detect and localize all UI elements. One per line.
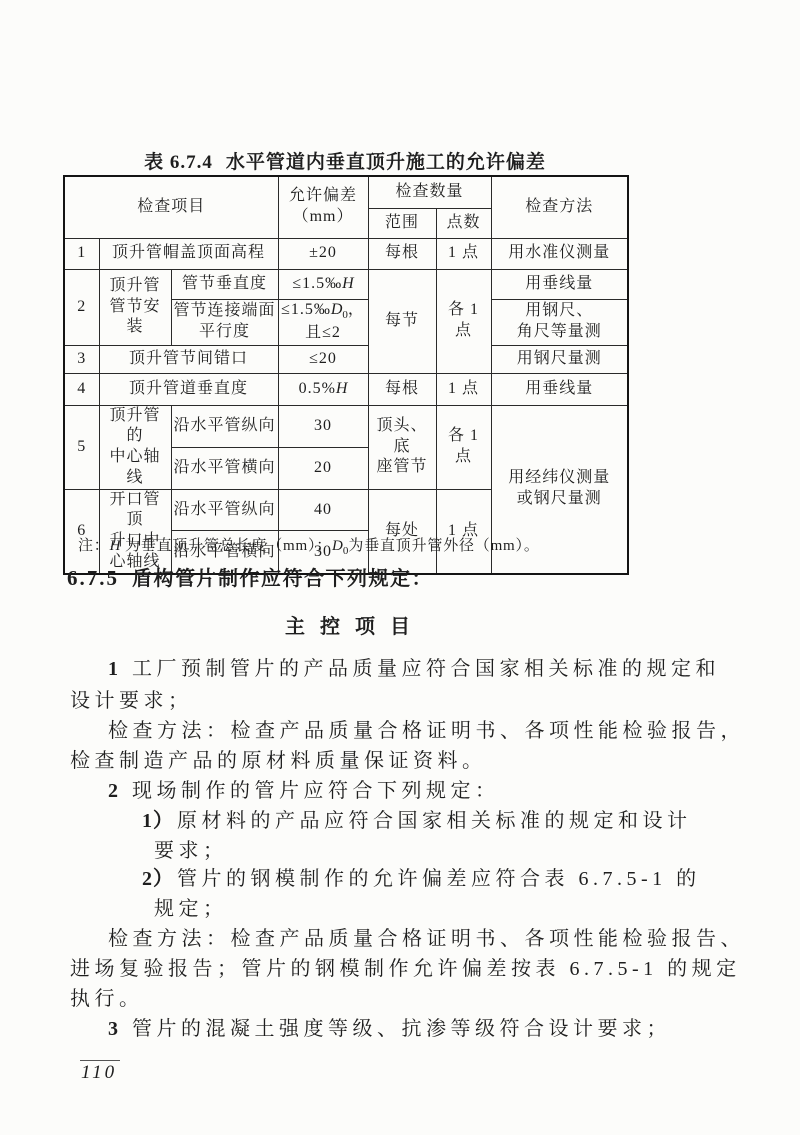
- header-item: 检查项目: [64, 176, 278, 238]
- cell-r5-no: 5: [64, 405, 99, 489]
- section-number: 6.7.5: [67, 566, 119, 590]
- table-caption-title: 水平管道内垂直顶升施工的允许偏差: [226, 152, 546, 173]
- item-number: 1: [108, 658, 119, 680]
- cell-r2-points: 各 1 点: [436, 269, 491, 373]
- body-line: 进场复验报告；管片的钢模制作允许偏差按表 6.7.5-1 的规定: [70, 956, 741, 982]
- body-line: 2）管片的钢模制作的允许偏差应符合表 6.7.5-1 的: [142, 866, 701, 892]
- cell-r2a-method: 用垂线量: [491, 269, 628, 299]
- cell-r5a-item: 沿水平管纵向: [171, 405, 278, 447]
- cell-r5a-dev: 30: [278, 405, 368, 447]
- cell-r4-range: 每根: [368, 373, 436, 405]
- cell-r4-no: 4: [64, 373, 99, 405]
- variable-H: H: [336, 380, 348, 397]
- cell-r2-no: 2: [64, 269, 99, 345]
- body-line: 要求；: [154, 838, 228, 864]
- cell-r3-dev: ≤20: [278, 345, 368, 373]
- body-line: 设计要求；: [70, 688, 193, 714]
- section-title: 盾构管片制作应符合下列规定：: [132, 568, 433, 590]
- body-line: 规定；: [154, 896, 228, 922]
- cell-r6a-dev: 40: [278, 489, 368, 531]
- cell-r1-dev: ±20: [278, 238, 368, 269]
- header-range: 范围: [368, 208, 436, 238]
- cell-r4-item: 顶升管道垂直度: [99, 373, 278, 405]
- cell-r2b-item: 管节连接端面 平行度: [171, 299, 278, 345]
- body-line: 3管片的混凝土强度等级、抗渗等级符合设计要求；: [108, 1016, 671, 1042]
- cell-r5-points: 各 1 点: [436, 405, 491, 489]
- list-marker: 1）: [142, 810, 174, 832]
- page-number: 110: [80, 1060, 120, 1084]
- cell-r3-no: 3: [64, 345, 99, 373]
- table-note: 注：H 为垂直顶升管总长度（mm）；D0为垂直顶升管外径（mm）。: [78, 534, 540, 557]
- header-quantity: 检查数量: [368, 176, 491, 208]
- cell-r1-item: 顶升管帽盖顶面高程: [99, 238, 278, 269]
- variable-H: H: [342, 275, 354, 292]
- variable-D: D: [332, 538, 343, 554]
- table-caption: 表 6.7.4水平管道内垂直顶升施工的允许偏差: [63, 147, 627, 174]
- cell-r2a-item: 管节垂直度: [171, 269, 278, 299]
- cell-r2-group: 顶升管 管节安装: [99, 269, 171, 345]
- cell-r5b-dev: 20: [278, 447, 368, 489]
- document-page: 表 6.7.4水平管道内垂直顶升施工的允许偏差 检查项目 允许偏差 （mm） 检…: [0, 0, 800, 1135]
- cell-r5-range: 顶头、底 座管节: [368, 405, 436, 489]
- cell-r1-range: 每根: [368, 238, 436, 269]
- header-tolerance: 允许偏差 （mm）: [278, 176, 368, 238]
- body-line: 检查方法：检查产品质量合格证明书、各项性能检验报告，: [108, 718, 745, 744]
- body-line: 1）原材料的产品应符合国家相关标准的规定和设计: [142, 808, 692, 834]
- cell-r3-method: 用钢尺量测: [491, 345, 628, 373]
- header-method: 检查方法: [491, 176, 628, 238]
- section-heading-675: 6.7.5盾构管片制作应符合下列规定：: [67, 562, 433, 591]
- body-line: 2现场制作的管片应符合下列规定：: [108, 778, 500, 804]
- body-line: 1工厂预制管片的产品质量应符合国家相关标准的规定和: [108, 656, 720, 682]
- cell-r2b-dev: ≤1.5‰D0，且≤2: [278, 299, 368, 345]
- body-line: 执行。: [70, 986, 144, 1012]
- cell-r3-item: 顶升管节间错口: [99, 345, 278, 373]
- variable-D: D: [331, 301, 343, 318]
- tolerance-table: 检查项目 允许偏差 （mm） 检查数量 检查方法 范围 点数 1 顶升管帽盖顶面…: [63, 175, 629, 575]
- cell-r1-method: 用水准仪测量: [491, 238, 628, 269]
- main-control-items-heading: 主 控 项 目: [0, 610, 700, 639]
- cell-r4-method: 用垂线量: [491, 373, 628, 405]
- cell-r4-points: 1 点: [436, 373, 491, 405]
- variable-H: H: [110, 538, 121, 554]
- cell-r2-range: 每节: [368, 269, 436, 373]
- item-number: 3: [108, 1018, 119, 1040]
- header-points: 点数: [436, 208, 491, 238]
- body-line: 检查制造产品的原材料质量保证资料。: [70, 748, 487, 774]
- list-marker: 2）: [142, 868, 174, 890]
- table-caption-number: 表 6.7.4: [144, 152, 213, 173]
- cell-r1-points: 1 点: [436, 238, 491, 269]
- cell-r2a-dev: ≤1.5‰H: [278, 269, 368, 299]
- cell-r6-points: 1 点: [436, 489, 491, 574]
- cell-r2b-method: 用钢尺、 角尺等量测: [491, 299, 628, 345]
- body-line: 检查方法：检查产品质量合格证明书、各项性能检验报告、: [108, 926, 745, 952]
- cell-r1-no: 1: [64, 238, 99, 269]
- note-prefix: 注：: [78, 538, 110, 554]
- cell-r5-group: 顶升管的 中心轴线: [99, 405, 171, 489]
- cell-r4-dev: 0.5%H: [278, 373, 368, 405]
- cell-r5b-item: 沿水平管横向: [171, 447, 278, 489]
- cell-r6a-item: 沿水平管纵向: [171, 489, 278, 531]
- item-number: 2: [108, 780, 119, 802]
